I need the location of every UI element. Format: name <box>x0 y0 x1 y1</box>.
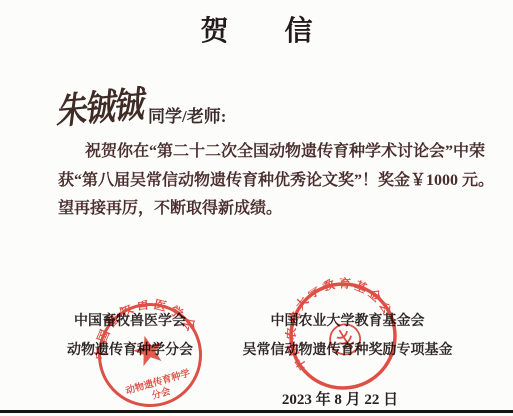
title-char-1: 贺 <box>200 9 228 49</box>
salutation-suffix: 同学/老师: <box>148 102 226 127</box>
university-emblem-icon <box>324 319 365 360</box>
bottom-rule <box>0 410 513 413</box>
body-line-3: 望再接再厉，不断取得新成绩。 <box>58 195 460 224</box>
page-title: 贺 信 <box>0 9 513 49</box>
letter-page: 贺 信 朱铖铖 同学/老师: 祝贺你在“第二十二次全国动物遗传育种学术讨论会”中… <box>0 0 513 416</box>
body-paragraph: 祝贺你在“第二十二次全国动物遗传育种学术讨论会”中荣 获“第八届吴常信动物遗传育… <box>58 138 460 224</box>
body-line-1: 祝贺你在“第二十二次全国动物遗传育种学术讨论会”中荣 <box>58 138 460 167</box>
body-line-2: 获“第八届吴常信动物遗传育种优秀论文奖”！奖金￥1000 元。 <box>58 167 460 196</box>
recipient-handwritten-name: 朱铖铖 <box>53 77 144 135</box>
star-icon <box>130 332 167 368</box>
title-char-2: 信 <box>285 9 313 49</box>
